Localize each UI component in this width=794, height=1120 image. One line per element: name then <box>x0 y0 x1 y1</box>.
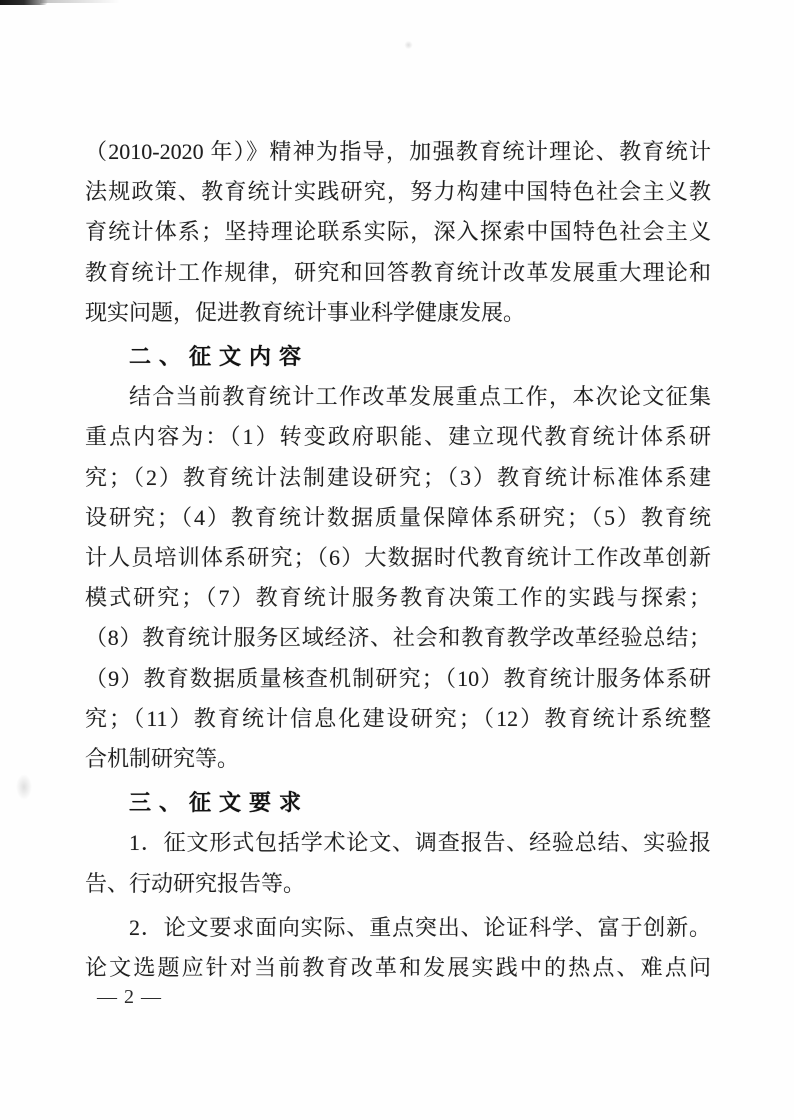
scan-speck-artifact <box>404 41 413 49</box>
scan-speck-artifact <box>16 774 32 800</box>
text-line: 合机制研究等。 <box>85 739 711 779</box>
document-body: （2010-2020 年）》精神为指导，加强教育统计理论、教育统计法规政策、教育… <box>85 132 711 988</box>
text-line: 1．征文形式包括学术论文、调查报告、经验总结、实验报 <box>85 823 711 863</box>
text-line: 究；（11）教育统计信息化建设研究；（12）教育统计系统整 <box>85 699 711 739</box>
text-line: （8）教育统计服务区域经济、社会和教育教学改革经验总结； <box>85 618 711 658</box>
scan-smudge-artifact-faint <box>40 0 120 3</box>
section-heading: 三、征文要求 <box>85 783 711 823</box>
text-line: 论文选题应针对当前教育改革和发展实践中的热点、难点问 <box>85 948 711 988</box>
text-line: 法规政策、教育统计实践研究，努力构建中国特色社会主义教 <box>85 172 711 212</box>
text-line: 结合当前教育统计工作改革发展重点工作，本次论文征集 <box>85 377 711 417</box>
text-line: 设研究；（4）教育统计数据质量保障体系研究；（5）教育统 <box>85 498 711 538</box>
page-number: — 2 — <box>97 986 162 1009</box>
text-line: 模式研究；（7）教育统计服务教育决策工作的实践与探索； <box>85 578 711 618</box>
scanned-page: （2010-2020 年）》精神为指导，加强教育统计理论、教育统计法规政策、教育… <box>0 0 794 1120</box>
text-line: 现实问题，促进教育统计事业科学健康发展。 <box>85 293 711 333</box>
section-heading: 二、征文内容 <box>85 337 711 377</box>
text-line: 告、行动研究报告等。 <box>85 864 711 904</box>
text-line: 教育统计工作规律，研究和回答教育统计改革发展重大理论和 <box>85 253 711 293</box>
text-line: 2．论文要求面向实际、重点突出、论证科学、富于创新。 <box>85 908 711 948</box>
text-line: 计人员培训体系研究；（6）大数据时代教育统计工作改革创新 <box>85 538 711 578</box>
text-line: （2010-2020 年）》精神为指导，加强教育统计理论、教育统计 <box>85 132 711 172</box>
text-line: 重点内容为：（1）转变政府职能、建立现代教育统计体系研 <box>85 417 711 457</box>
text-line: 育统计体系；坚持理论联系实际，深入探索中国特色社会主义 <box>85 212 711 252</box>
text-line: （9）教育数据质量核查机制研究；（10）教育统计服务体系研 <box>85 659 711 699</box>
text-line: 究；（2）教育统计法制建设研究；（3）教育统计标准体系建 <box>85 458 711 498</box>
